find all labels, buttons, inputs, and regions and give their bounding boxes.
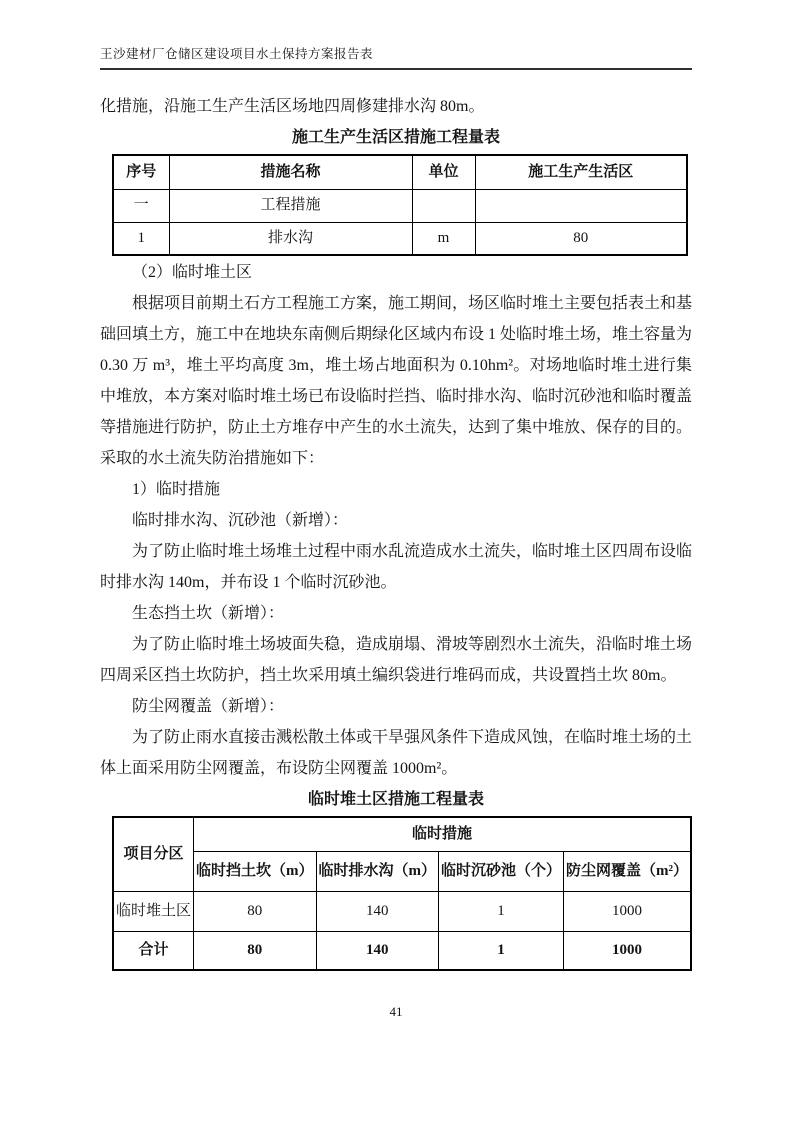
table-row: 1 排水沟 m 80 — [113, 222, 687, 255]
table-header-cell: 单位 — [412, 155, 475, 189]
table-header-row: 序号 措施名称 单位 施工生产生活区 — [113, 155, 687, 189]
table-cell: 1 — [439, 931, 564, 970]
table-cell: 排水沟 — [169, 222, 412, 255]
paragraph: 为了防止雨水直接击溅松散土体或干旱强风条件下造成风蚀，在临时堆土场的土体上面采用… — [100, 722, 692, 784]
table-cell: 80 — [194, 931, 317, 970]
table-header-cell: 临时排水沟（m） — [316, 851, 439, 891]
document-header: 王沙建材厂仓储区建设项目水土保持方案报告表 — [100, 46, 692, 70]
paragraph: 为了防止临时堆土场坡面失稳，造成崩塌、滑坡等剧烈水土流失，沿临时堆土场四周采区挡… — [100, 629, 692, 691]
table-header-row: 项目分区 临时措施 — [113, 817, 691, 851]
table-cell: 一 — [113, 189, 169, 222]
sub-heading: 临时排水沟、沉砂池（新增）： — [100, 505, 692, 536]
sub-heading: 生态挡土坎（新增）： — [100, 598, 692, 629]
table-header-cell: 项目分区 — [113, 817, 194, 891]
row-label-cell: 临时堆土区 — [113, 891, 194, 931]
table-cell: 80 — [194, 891, 317, 931]
row-label-cell: 合计 — [113, 931, 194, 970]
table-cell: 80 — [475, 222, 687, 255]
table-cell: 140 — [316, 931, 439, 970]
sub-heading: 防尘网覆盖（新增）： — [100, 691, 692, 722]
table-cell: 工程措施 — [169, 189, 412, 222]
table-total-row: 合计 80 140 1 1000 — [113, 931, 691, 970]
table-cell — [475, 189, 687, 222]
table-header-cell: 防尘网覆盖（m²） — [564, 851, 692, 891]
construction-area-table: 序号 措施名称 单位 施工生产生活区 一 工程措施 1 排水沟 m 80 — [112, 154, 688, 256]
table1-title: 施工生产生活区措施工程量表 — [100, 127, 692, 149]
table2-title: 临时堆土区措施工程量表 — [100, 789, 692, 811]
table-cell: m — [412, 222, 475, 255]
intro-paragraph: 化措施，沿施工生产生活区场地四周修建排水沟 80m。 — [100, 91, 692, 122]
table-cell: 1000 — [564, 891, 692, 931]
table-header-cell: 临时挡土坎（m） — [194, 851, 317, 891]
table-header-cell: 施工生产生活区 — [475, 155, 687, 189]
table-cell: 1 — [113, 222, 169, 255]
item-heading: 1）临时措施 — [100, 474, 692, 505]
paragraph: 根据项目前期土石方工程施工方案，施工期间，场区临时堆土主要包括表土和基础回填土方… — [100, 288, 692, 474]
document-page: 王沙建材厂仓储区建设项目水土保持方案报告表 化措施，沿施工生产生活区场地四周修建… — [0, 0, 793, 1122]
table-group-header-cell: 临时措施 — [194, 817, 692, 851]
table-cell — [412, 189, 475, 222]
table-cell: 140 — [316, 891, 439, 931]
table-row: 临时堆土区 80 140 1 1000 — [113, 891, 691, 931]
table-cell: 1000 — [564, 931, 692, 970]
table-row: 一 工程措施 — [113, 189, 687, 222]
table-header-cell: 措施名称 — [169, 155, 412, 189]
paragraph: 为了防止临时堆土场堆土过程中雨水乱流造成水土流失，临时堆土区四周布设临时排水沟 … — [100, 536, 692, 598]
table-header-cell: 临时沉砂池（个） — [439, 851, 564, 891]
temporary-soil-area-table: 项目分区 临时措施 临时挡土坎（m） 临时排水沟（m） 临时沉砂池（个） 防尘网… — [112, 816, 692, 971]
table-header-cell: 序号 — [113, 155, 169, 189]
page-number: 41 — [100, 996, 692, 1027]
table-subheader-row: 临时挡土坎（m） 临时排水沟（m） 临时沉砂池（个） 防尘网覆盖（m²） — [113, 851, 691, 891]
table-cell: 1 — [439, 891, 564, 931]
section-heading: （2）临时堆土区 — [100, 257, 692, 288]
